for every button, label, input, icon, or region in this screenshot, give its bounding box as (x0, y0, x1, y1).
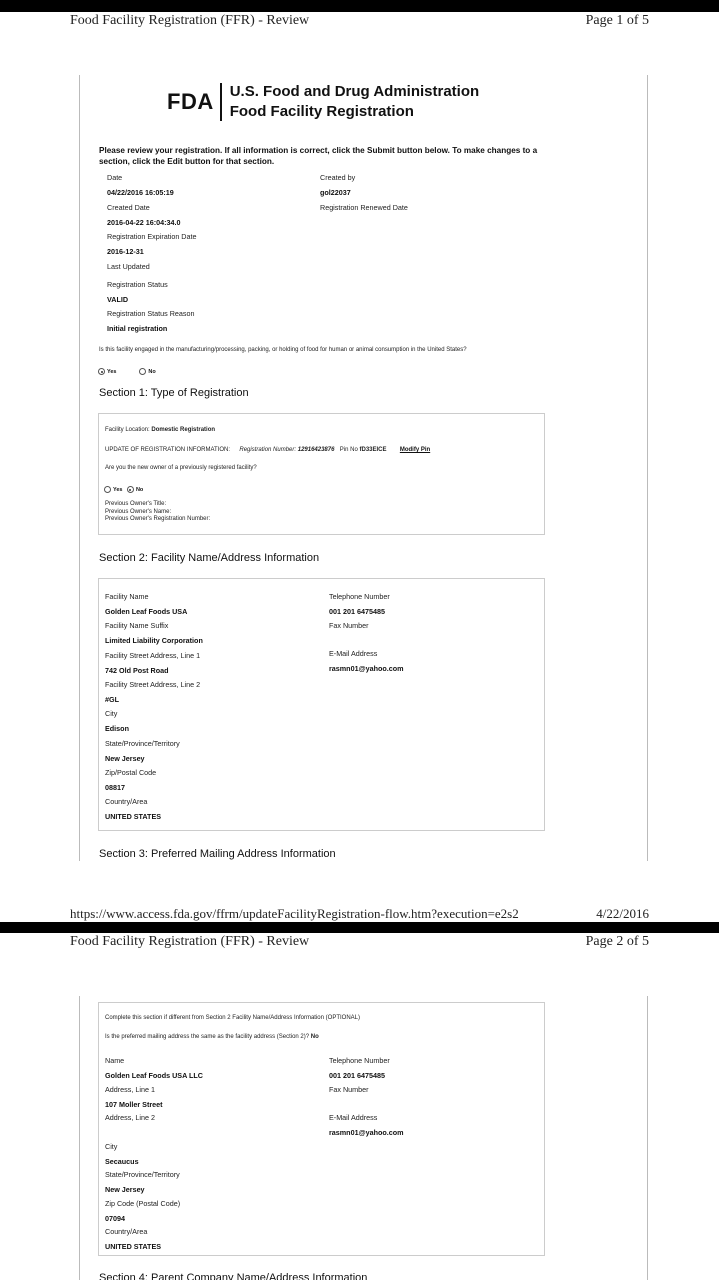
field-state-province-territory: State/Province/TerritoryNew Jersey (105, 1164, 180, 1194)
section1-box: Facility Location: Domestic Registration… (98, 413, 545, 535)
engaged-radio-group: Yes No (98, 363, 156, 381)
agency-line2: Food Facility Registration (230, 103, 414, 120)
page-number: Page 2 of 5 (586, 934, 649, 950)
facility-location: Facility Location: Domestic Registration (105, 427, 215, 433)
field-label: Country/Area (105, 1227, 147, 1236)
engaged-no-label: No (148, 369, 155, 375)
field-registration-status: Registration Status VALID (107, 274, 168, 304)
field-e-mail-address: E-Mail Addressrasmn01@yahoo.com (329, 1107, 404, 1137)
field-address-line-2: Address, Line 2 (105, 1107, 155, 1128)
field-value: UNITED STATES (105, 1242, 161, 1251)
page-footer-url: https://www.access.fda.gov/ffrm/updateFa… (70, 906, 519, 922)
field-zip-code-postal-code: Zip Code (Postal Code)07094 (105, 1193, 180, 1223)
field-status-reason: Registration Status Reason Initial regis… (107, 303, 195, 333)
field-label: Facility Street Address, Line 2 (105, 680, 200, 689)
field-created-by: Created by gol22037 (320, 167, 355, 197)
field-renewed-date: Registration Renewed Date (320, 197, 408, 215)
right-border (647, 996, 648, 1280)
section3-title: Section 3: Preferred Mailing Address Inf… (99, 848, 336, 860)
field-address-line-1: Address, Line 1107 Moller Street (105, 1079, 163, 1109)
page-header-title: Food Facility Registration (FFR) - Revie… (70, 13, 309, 29)
field-label: Facility Name (105, 592, 149, 601)
section1-title: Section 1: Type of Registration (99, 387, 249, 399)
logo-divider (220, 83, 222, 121)
field-label: E-Mail Address (329, 649, 377, 658)
section3-box: Complete this section if different from … (98, 1002, 545, 1256)
field-facility-name: Facility NameGolden Leaf Foods USA (105, 586, 187, 616)
field-telephone-number: Telephone Number001 201 6475485 (329, 1050, 390, 1080)
field-label: Country/Area (105, 797, 147, 806)
page-footer-date: 4/22/2016 (596, 906, 649, 922)
section2-title: Section 2: Facility Name/Address Informa… (99, 552, 319, 564)
review-instructions: Please review your registration. If all … (99, 145, 539, 167)
field-label: Fax Number (329, 621, 369, 630)
field-fax-number: Fax Number (329, 615, 369, 636)
field-date: Date 04/22/2016 16:05:19 (107, 167, 174, 197)
field-label: Address, Line 2 (105, 1113, 155, 1122)
field-zip-postal-code: Zip/Postal Code08817 (105, 762, 156, 792)
left-border (79, 996, 80, 1280)
field-label: Facility Name Suffix (105, 621, 168, 630)
fda-abbr: FDA (167, 89, 214, 115)
document-page-1: Food Facility Registration (FFR) - Revie… (0, 12, 719, 922)
registration-number: 12916423876 (298, 447, 335, 453)
field-name: NameGolden Leaf Foods USA LLC (105, 1050, 203, 1080)
field-country-area: Country/AreaUNITED STATES (105, 1221, 161, 1251)
pin-number: fD33EICE (359, 447, 386, 453)
field-e-mail-address: E-Mail Addressrasmn01@yahoo.com (329, 643, 404, 673)
field-last-updated: Last Updated (107, 256, 150, 274)
field-value: rasmn01@yahoo.com (329, 1128, 404, 1137)
engaged-yes-label: Yes (107, 369, 116, 375)
left-border (79, 75, 80, 861)
field-expiration-date: Registration Expiration Date 2016-12-31 (107, 226, 197, 256)
field-label: Address, Line 1 (105, 1085, 155, 1094)
section3-optional-note: Complete this section if different from … (105, 1015, 360, 1021)
field-label: E-Mail Address (329, 1113, 377, 1122)
field-label: Zip Code (Postal Code) (105, 1199, 180, 1208)
agency-line1: U.S. Food and Drug Administration (230, 83, 479, 100)
modify-pin-link[interactable]: Modify Pin (400, 447, 430, 453)
field-city: CitySecaucus (105, 1136, 139, 1166)
field-facility-name-suffix: Facility Name SuffixLimited Liability Co… (105, 615, 203, 645)
field-city: CityEdison (105, 703, 129, 733)
document-page-2: Food Facility Registration (FFR) - Revie… (0, 933, 719, 1280)
engaged-yes-radio[interactable] (98, 368, 105, 375)
new-owner-question: Are you the new owner of a previously re… (105, 465, 257, 471)
new-owner-radio-group: Yes No (104, 481, 143, 499)
field-facility-street-address-line-2: Facility Street Address, Line 2#GL (105, 674, 200, 704)
section4-title: Section 4: Parent Company Name/Address I… (99, 1272, 367, 1280)
field-state-province-territory: State/Province/TerritoryNew Jersey (105, 733, 180, 763)
engaged-no-radio[interactable] (139, 368, 146, 375)
field-label: Telephone Number (329, 592, 390, 601)
field-telephone-number: Telephone Number001 201 6475485 (329, 586, 390, 616)
field-label: State/Province/Territory (105, 1170, 180, 1179)
field-label: City (105, 1142, 117, 1151)
new-owner-no-radio[interactable] (127, 486, 134, 493)
field-country-area: Country/AreaUNITED STATES (105, 791, 161, 821)
field-fax-number: Fax Number (329, 1079, 369, 1100)
same-address-question: Is the preferred mailing address the sam… (105, 1034, 319, 1040)
field-label: State/Province/Territory (105, 739, 180, 748)
field-label: Name (105, 1056, 124, 1065)
fda-logo: FDA U.S. Food and Drug Administration Fo… (167, 82, 479, 122)
field-label: Telephone Number (329, 1056, 390, 1065)
field-label: Facility Street Address, Line 1 (105, 651, 200, 660)
field-label: Fax Number (329, 1085, 369, 1094)
field-value: rasmn01@yahoo.com (329, 664, 404, 673)
engaged-question: Is this facility engaged in the manufact… (99, 346, 519, 354)
update-registration-info: UPDATE OF REGISTRATION INFORMATION: Regi… (105, 447, 430, 453)
field-label: Zip/Postal Code (105, 768, 156, 777)
field-value: UNITED STATES (105, 812, 161, 821)
field-created-date: Created Date 2016-04-22 16:04:34.0 (107, 197, 181, 227)
field-facility-street-address-line-1: Facility Street Address, Line 1742 Old P… (105, 645, 200, 675)
new-owner-yes-radio[interactable] (104, 486, 111, 493)
page-number: Page 1 of 5 (586, 13, 649, 29)
agency-name: U.S. Food and Drug Administration Food F… (230, 82, 479, 122)
previous-owner-info: Previous Owner's Title: Previous Owner's… (105, 501, 210, 524)
same-address-answer: No (311, 1034, 319, 1040)
right-border (647, 75, 648, 861)
section2-box: Facility NameGolden Leaf Foods USAFacili… (98, 578, 545, 831)
field-label: City (105, 709, 117, 718)
page-header-title: Food Facility Registration (FFR) - Revie… (70, 934, 309, 950)
